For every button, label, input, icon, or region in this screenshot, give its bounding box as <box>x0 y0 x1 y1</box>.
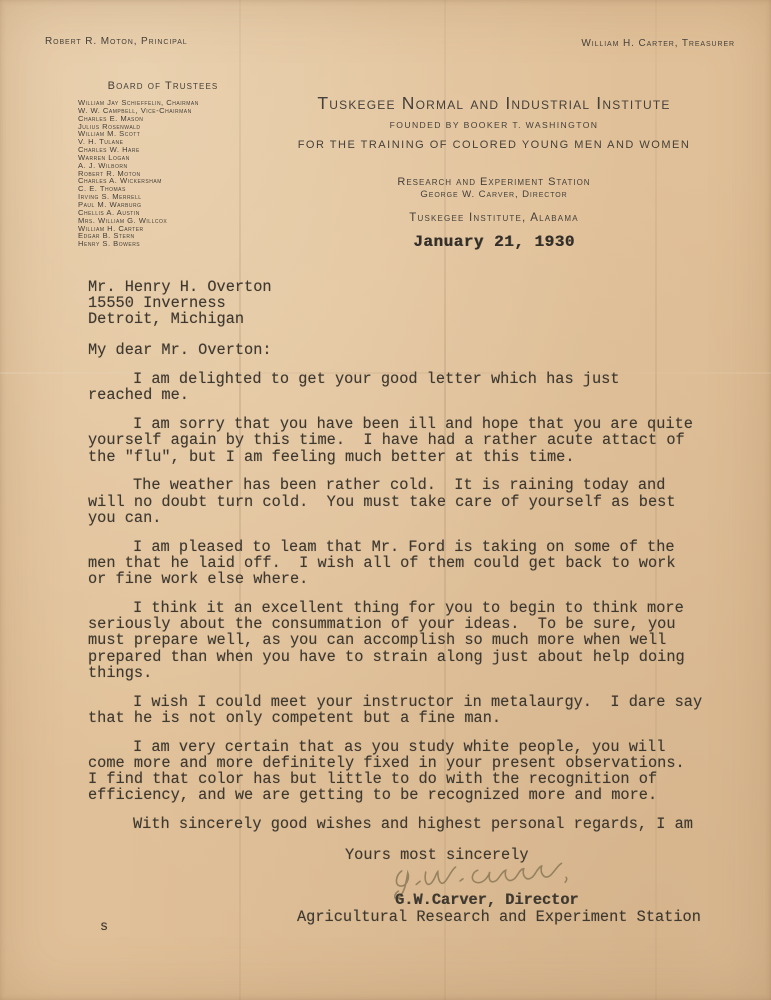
body-paragraph: With sincerely good wishes and highest p… <box>88 816 713 832</box>
body-paragraph: I am sorry that you have been ill and ho… <box>88 416 713 465</box>
station-director: George W. Carver, Director <box>258 189 730 200</box>
salutation: My dear Mr. Overton: <box>88 341 272 359</box>
body-paragraph: The weather has been rather cold. It is … <box>88 477 713 526</box>
body-paragraph: I am very certain that as you study whit… <box>88 739 713 804</box>
recipient-address: Mr. Henry H. Overton 15550 Inverness Det… <box>88 279 272 328</box>
founded-line: FOUNDED BY BOOKER T. WASHINGTON <box>258 120 730 130</box>
body-paragraph: I am pleased to leam that Mr. Ford is ta… <box>88 539 713 588</box>
letter-body: I am delighted to get your good letter w… <box>88 371 713 845</box>
body-paragraph: I am delighted to get your good letter w… <box>88 371 713 404</box>
board-of-trustees-title: Board of Trustees <box>78 80 248 92</box>
trustee-name: Henry S. Bowers <box>78 240 268 248</box>
typist-initial: s <box>100 920 108 935</box>
institute-tagline: FOR THE TRAINING OF COLORED YOUNG MEN AN… <box>258 139 730 151</box>
letter-scan: Robert R. Moton, Principal William H. Ca… <box>0 0 771 1000</box>
station-name: Research and Experiment Station <box>258 176 730 188</box>
institute-location: Tuskegee Institute, Alabama <box>258 212 730 224</box>
date-line: January 21, 1930 <box>258 233 730 251</box>
typed-signature: G.W.Carver, Director <box>395 891 579 909</box>
principal-credit: Robert R. Moton, Principal <box>45 36 188 47</box>
treasurer-credit: William H. Carter, Treasurer <box>581 38 735 49</box>
institute-name: Tuskegee Normal and Industrial Institute <box>258 93 730 114</box>
signer-title-line: Agricultural Research and Experiment Sta… <box>297 908 701 926</box>
body-paragraph: I think it an excellent thing for you to… <box>88 600 713 681</box>
trustees-list: William Jay Schieffelin, Chairman W. W. … <box>78 99 268 248</box>
body-paragraph: I wish I could meet your instructor in m… <box>88 694 713 727</box>
